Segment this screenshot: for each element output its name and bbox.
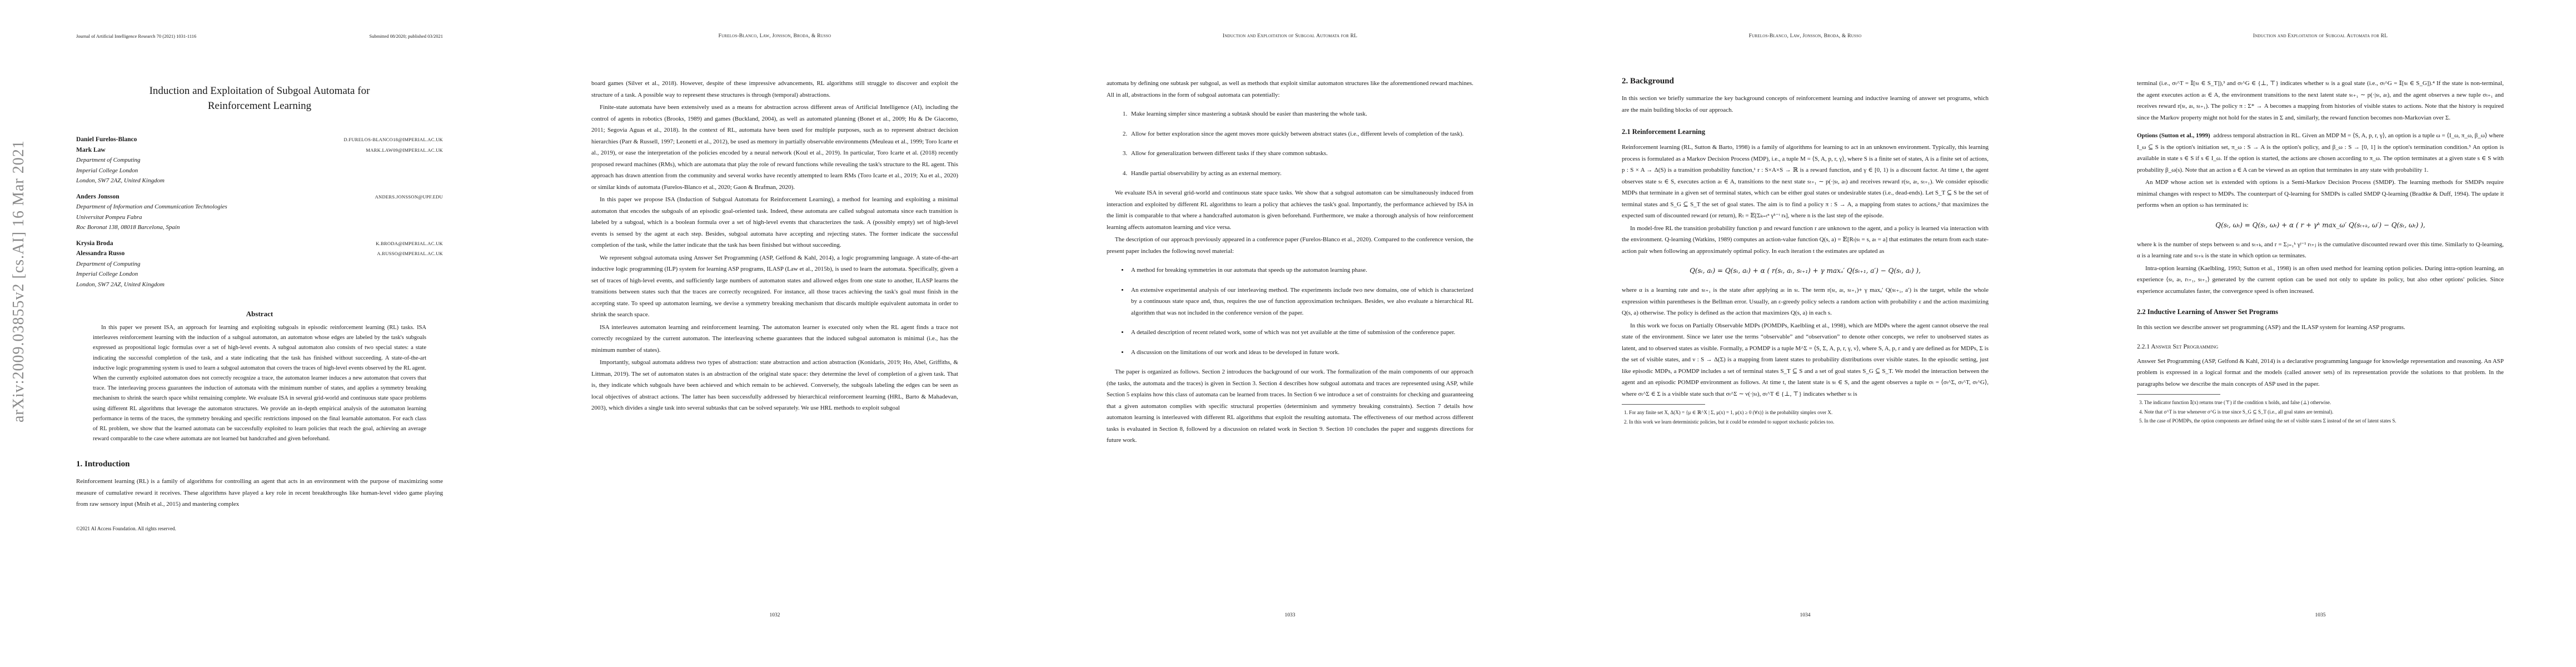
list-item: A discussion on the limitations of our w… (1129, 347, 1473, 359)
page-2-column: board games (Silver et al., 2018). Howev… (591, 78, 958, 414)
list-item: A detailed description of recent related… (1129, 327, 1473, 339)
paragraph: In model-free RL the transition probabil… (1622, 223, 1989, 257)
author-name: Mark Law (76, 145, 106, 156)
author-email[interactable]: MARK.LAW09@IMPERIAL.AC.UK (366, 145, 443, 156)
running-head: Furelos-Blanco, Law, Jonsson, Broda, & R… (591, 33, 958, 39)
page-3: Induction and Exploitation of Subgoal Au… (1030, 0, 1546, 667)
page-5-column: terminal (i.e., σₜ^T = 𝕀[sₜ ∈ S_T]),³ an… (2137, 78, 2504, 426)
author-row: Daniel Furelos-Blanco D.FURELOS-BLANCO18… (76, 135, 443, 145)
paragraph: terminal (i.e., σₜ^T = 𝕀[sₜ ∈ S_T]),³ an… (2137, 78, 2504, 123)
affiliation-line: Imperial College London (76, 166, 443, 176)
page-number: 1032 (591, 613, 958, 618)
document-viewer: arXiv:2009.03855v2 [cs.AI] 16 Mar 2021 J… (0, 0, 2576, 667)
section-heading-introduction: 1. Introduction (76, 460, 443, 469)
paragraph: We evaluate ISA in several grid-world an… (1107, 187, 1473, 233)
author-name: Daniel Furelos-Blanco (76, 135, 137, 145)
paragraph: ISA interleaves automaton learning and r… (591, 322, 958, 356)
author-email[interactable]: K.BRODA@IMPERIAL.AC.UK (376, 238, 443, 249)
paper-title: Induction and Exploitation of Subgoal Au… (76, 83, 443, 113)
affiliation-line: Universitat Pompeu Fabra (76, 212, 443, 223)
paragraph: Intra-option learning (Kaelbling, 1993; … (2137, 263, 2504, 297)
title-line-1: Induction and Exploitation of Subgoal Au… (150, 85, 370, 97)
paragraph: We represent subgoal automata using Answ… (591, 252, 958, 321)
paragraph: Answer Set Programming (ASP, Gelfond & K… (2137, 356, 2504, 390)
author-name: Alessandra Russo (76, 248, 124, 259)
options-paragraph: Options (Sutton et al., 1999) address te… (2137, 130, 2504, 176)
paragraph: Reinforcement learning (RL, Sutton & Bar… (1622, 142, 1989, 222)
author-email[interactable]: A.RUSSO@IMPERIAL.AC.UK (377, 248, 443, 259)
list-item: An extensive experimental analysis of ou… (1129, 285, 1473, 319)
footnote: 4. Note that σ^T is true whenever σ^G is… (2137, 407, 2504, 417)
author-row: Mark Law MARK.LAW09@IMPERIAL.AC.UK (76, 145, 443, 156)
paragraph: Importantly, subgoal automata address tw… (591, 357, 958, 414)
author-row: Alessandra Russo A.RUSSO@IMPERIAL.AC.UK (76, 248, 443, 259)
paragraph: board games (Silver et al., 2018). Howev… (591, 78, 958, 101)
submission-dates: Submitted 08/2020; published 03/2021 (370, 33, 443, 39)
footnote-divider (1622, 404, 1705, 405)
list-item: Allow for generalization between differe… (1129, 148, 1473, 160)
numbered-list: Make learning simpler since mastering a … (1107, 108, 1473, 179)
abstract-text: In this paper we present ISA, an approac… (93, 323, 426, 444)
list-item: Allow for better exploration since the a… (1129, 128, 1473, 140)
affiliation-line: Imperial College London (76, 269, 443, 280)
footnote: 5. In the case of POMDPs, the option com… (2137, 416, 2504, 426)
paragraph: In this paper we propose ISA (Induction … (591, 194, 958, 251)
arxiv-stamp: arXiv:2009.03855v2 [cs.AI] 16 Mar 2021 (10, 140, 28, 422)
affiliation-line: Department of Computing (76, 259, 443, 270)
paragraph: automata by defining one subtask per sub… (1107, 78, 1473, 101)
paragraph: where α is a learning rate and sₜ₊₁ is t… (1622, 285, 1989, 319)
running-head: Induction and Exploitation of Subgoal Au… (2137, 33, 2504, 39)
paragraph: In this work we focus on Partially Obser… (1622, 320, 1989, 400)
journal-header: Journal of Artificial Intelligence Resea… (76, 33, 443, 39)
subsection-heading-rl: 2.1 Reinforcement Learning (1622, 128, 1989, 136)
page-4: Furelos-Blanco, Law, Jonsson, Broda, & R… (1546, 0, 2061, 667)
page-number: 1035 (2137, 613, 2504, 618)
footnote-divider (2137, 394, 2220, 395)
page-3-column: automata by defining one subtask per sub… (1107, 78, 1473, 446)
list-item: Handle partial observability by acting a… (1129, 168, 1473, 180)
author-name: Anders Jonsson (76, 192, 119, 202)
author-name: Krysia Broda (76, 238, 113, 249)
author-row: Krysia Broda K.BRODA@IMPERIAL.AC.UK (76, 238, 443, 249)
author-email[interactable]: D.FURELOS-BLANCO18@IMPERIAL.AC.UK (343, 135, 443, 145)
running-head: Induction and Exploitation of Subgoal Au… (1107, 33, 1473, 39)
section-heading-background: 2. Background (1622, 77, 1989, 86)
paragraph: The paper is organized as follows. Secti… (1107, 366, 1473, 446)
paragraph: In this section we describe answer set p… (2137, 322, 2504, 333)
abstract-heading: Abstract (76, 310, 443, 318)
page-number: 1034 (1622, 613, 1989, 618)
footnote: 3. The indicator function 𝕀(x) returns t… (2137, 398, 2504, 407)
page-1: arXiv:2009.03855v2 [cs.AI] 16 Mar 2021 J… (0, 0, 515, 667)
paragraph: Finite-state automata have been extensiv… (591, 102, 958, 193)
footnote: 1. For any finite set X, Δ(X) = {μ ∈ ℝ^X… (1622, 408, 1989, 417)
running-head: Furelos-Blanco, Law, Jonsson, Broda, & R… (1622, 33, 1989, 39)
page-1-column: Induction and Exploitation of Subgoal Au… (76, 83, 443, 531)
affiliation-line: Department of Computing (76, 155, 443, 166)
smdp-q-learning-equation: Q(sₜ, ωₜ) = Q(sₜ, ωₜ) + α ( r + γᵏ max_ω… (2137, 221, 2504, 229)
affiliation-line: London, SW7 2AZ, United Kingdom (76, 280, 443, 290)
run-in-heading: Options (Sutton et al., 1999) (2137, 132, 2210, 139)
journal-citation: Journal of Artificial Intelligence Resea… (76, 33, 196, 39)
author-group-2: Anders Jonsson ANDERS.JONSSON@UPF.EDU De… (76, 192, 443, 233)
author-group-3: Krysia Broda K.BRODA@IMPERIAL.AC.UK Ales… (76, 238, 443, 290)
footnote: 2. In this work we learn deterministic p… (1622, 417, 1989, 427)
paragraph: An MDP whose action set is extended with… (2137, 177, 2504, 211)
q-learning-equation: Q(sₜ, aₜ) = Q(sₜ, aₜ) + α ( r(sₜ, aₜ, sₜ… (1622, 267, 1989, 275)
list-item: Make learning simpler since mastering a … (1129, 108, 1473, 120)
list-item: A method for breaking symmetries in our … (1129, 265, 1473, 276)
copyright-notice: ©2021 AI Access Foundation. All rights r… (76, 526, 443, 531)
page-2: Furelos-Blanco, Law, Jonsson, Broda, & R… (515, 0, 1030, 667)
affiliation-line: Roc Boronat 138, 08018 Barcelona, Spain (76, 222, 443, 233)
page-4-column: 2. Background In this section we briefly… (1622, 77, 1989, 426)
author-row: Anders Jonsson ANDERS.JONSSON@UPF.EDU (76, 192, 443, 202)
page-number: 1033 (1107, 613, 1473, 618)
paragraph: where k is the number of steps between s… (2137, 239, 2504, 262)
paragraph: Reinforcement learning (RL) is a family … (76, 476, 443, 510)
page-5: Induction and Exploitation of Subgoal Au… (2061, 0, 2576, 667)
author-email[interactable]: ANDERS.JONSSON@UPF.EDU (375, 192, 443, 202)
affiliation-line: Department of Information and Communicat… (76, 202, 443, 212)
affiliation-line: London, SW7 2AZ, United Kingdom (76, 176, 443, 186)
abstract: In this paper we present ISA, an approac… (93, 323, 426, 444)
title-line-2: Reinforcement Learning (208, 100, 311, 112)
subsection-heading-ilasp: 2.2 Inductive Learning of Answer Set Pro… (2137, 308, 2504, 316)
author-group-1: Daniel Furelos-Blanco D.FURELOS-BLANCO18… (76, 135, 443, 186)
paragraph: In this section we briefly summarize the… (1622, 93, 1989, 116)
subsubsection-heading-asp: 2.2.1 Answer Set Programming (2137, 344, 2504, 350)
bullet-list: A method for breaking symmetries in our … (1107, 265, 1473, 358)
paragraph: The description of our approach previous… (1107, 234, 1473, 257)
